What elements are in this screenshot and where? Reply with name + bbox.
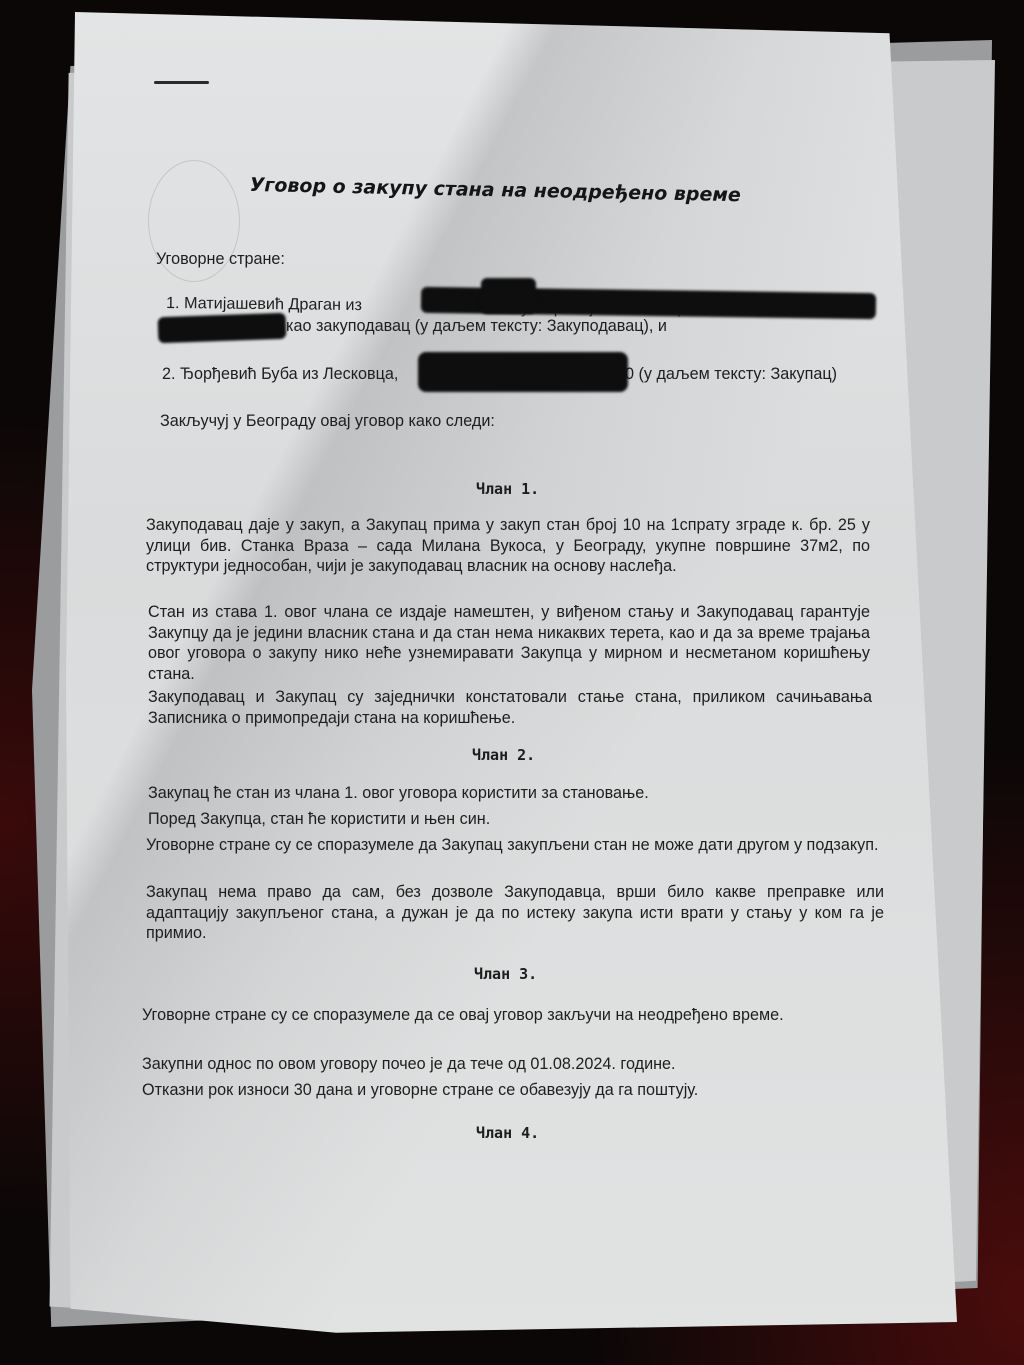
redaction-mark: [481, 278, 536, 314]
parties-heading: Уговорне стране:: [156, 249, 285, 270]
article-2-paragraph-2: Поред Закупца, стан ће користити и њен с…: [148, 809, 490, 830]
article-1-paragraph-1: Закуподавац даје у закуп, а Закупац прим…: [146, 515, 870, 577]
article-3-paragraph-2: Закупни однос по овом уговору почео је д…: [142, 1054, 676, 1075]
photo-scene: Уговор о закупу стана на неодређено врем…: [0, 0, 1024, 1365]
article-1-paragraph-3: Закуподавац и Закупац су заједнички конс…: [148, 687, 872, 728]
article-3-heading: Члан 3.: [474, 965, 537, 983]
party-1-name: 1. Матијашевић Драган из: [166, 293, 362, 316]
article-2-heading: Члан 2.: [472, 746, 535, 764]
party-2-role: 10 (у даљем тексту: Закупац): [616, 364, 837, 385]
article-2-paragraph-3: Уговорне стране су се споразумеле да Зак…: [146, 835, 882, 856]
article-1-heading: Члан 1.: [476, 480, 539, 498]
party-2-name: 2. Ђорђевић Буба из Лесковца,: [162, 364, 398, 385]
article-2-paragraph-4: Закупац нема право да сам, без дозволе З…: [146, 882, 884, 944]
article-2-paragraph-1: Закупац ће стан из члана 1. овог уговора…: [148, 783, 649, 804]
article-3-paragraph-3: Отказни рок износи 30 дана и уговорне ст…: [142, 1080, 698, 1101]
pen-dash-mark: [154, 81, 209, 84]
document-title: Уговор о закупу стана на неодређено врем…: [250, 174, 810, 208]
contract-page: Уговор о закупу стана на неодређено врем…: [66, 12, 966, 1342]
redaction-jmbg: [158, 313, 287, 343]
party-1-role: као закуподавац (у даљем тексту: Закупод…: [286, 316, 667, 337]
article-4-heading: Члан 4.: [476, 1124, 539, 1142]
article-1-paragraph-2: Стан из става 1. овог члана се издаје на…: [148, 602, 870, 684]
redaction-party-2: [418, 352, 628, 392]
article-3-paragraph-1: Уговорне стране су се споразумеле да се …: [142, 1005, 890, 1026]
concluded-statement: Закључуј у Београду овај уговор како сле…: [160, 411, 495, 432]
